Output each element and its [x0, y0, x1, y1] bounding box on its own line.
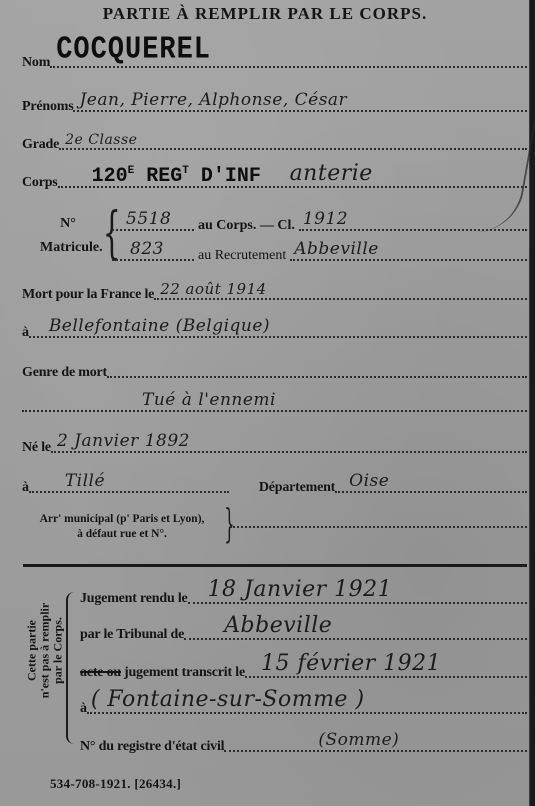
- arrondissement-label-2: à défaut rue et N°.: [22, 527, 222, 542]
- matricule-recrutement-line: 823: [112, 245, 194, 261]
- lieu-deces-value: Bellefontaine (Belgique): [49, 316, 270, 336]
- field-mort-pour-la-france: Mort pour la France le 22 août 1914: [22, 284, 527, 303]
- departement-value: Oise: [349, 471, 389, 491]
- naissance-line: 2 Janvier 1892: [51, 437, 527, 453]
- tribunal-label: par le Tribunal de: [80, 627, 184, 643]
- field-genre-de-mort-value: Tué à l'ennemi: [22, 396, 527, 415]
- jugement-rendu-label: Jugement rendu le: [80, 591, 188, 607]
- jugement-rendu-value: 18 Janvier 1921: [208, 577, 393, 602]
- prenoms-value: Jean, Pierre, Alphonse, César: [79, 90, 347, 110]
- nom-value: COCQUEREL: [56, 34, 211, 69]
- lieu-deces-label: à: [22, 325, 29, 341]
- field-transcription: acte ou jugement transcrit le 15 février…: [80, 662, 527, 681]
- side-note-line3: par le Corps.: [52, 586, 65, 716]
- transcrit-lieu-label: à: [80, 701, 87, 717]
- mort-value: 22 août 1914: [160, 280, 266, 298]
- field-matricule-recrutement: 823 au Recrutement Abbeville: [112, 245, 527, 264]
- nom-label: Nom: [22, 55, 50, 71]
- transcrit-struck-text: acte ou: [80, 665, 121, 681]
- mort-line: 22 août 1914: [154, 284, 527, 300]
- death-record-card: PARTIE À REMPLIR PAR LE CORPS. Nom COCQU…: [0, 0, 535, 806]
- corps-line: 120E REGT D'INF anterie: [58, 172, 527, 188]
- field-lieu-naissance: à Tillé Département Oise: [22, 477, 527, 496]
- grade-line: 2e Classe: [59, 134, 527, 150]
- lieu-naissance-value: Tillé: [65, 471, 105, 491]
- field-corps: Corps 120E REGT D'INF anterie: [22, 172, 527, 191]
- transcrit-label: jugement transcrit le: [124, 665, 245, 681]
- field-nom: Nom COCQUEREL: [22, 52, 527, 71]
- corps-handwritten: anterie: [290, 161, 373, 186]
- au-corps-label: au Corps. — Cl.: [198, 218, 295, 234]
- print-reference: 534-708-1921. [26434.]: [50, 776, 181, 792]
- field-grade: Grade 2e Classe: [22, 134, 527, 153]
- matricule-corps-value: 5518: [126, 209, 171, 229]
- transcrit-value: 15 février 1921: [261, 651, 441, 676]
- jugement-rendu-line: 18 Janvier 1921: [188, 588, 527, 604]
- naissance-label: Né le: [22, 440, 51, 456]
- field-arrondissement: [230, 512, 527, 531]
- tribunal-line: Abbeville: [184, 624, 527, 640]
- prenoms-label: Prénoms: [22, 99, 73, 115]
- lieu-naissance-label: à: [22, 480, 29, 496]
- corps-stamp: 120E REGT D'INF: [92, 165, 261, 188]
- section-separator: [23, 564, 527, 567]
- grade-value: 2e Classe: [65, 132, 137, 148]
- field-matricule-corps: 5518 au Corps. — Cl. 1912: [112, 215, 527, 234]
- au-recrutement-label: au Recrutement: [198, 248, 286, 264]
- arrondissement-label-block: Arr' municipal (p' Paris et Lyon), à déf…: [22, 512, 222, 542]
- registre-line: (Somme): [224, 736, 527, 752]
- matricule-recrutement-value: 823: [130, 239, 164, 259]
- transcrit-lieu-line: ( Fontaine-sur-Somme ): [87, 698, 527, 714]
- matricule-no-label: N°: [40, 212, 96, 236]
- naissance-value: 2 Janvier 1892: [57, 431, 190, 451]
- arrondissement-line: [230, 512, 527, 528]
- genre-value: Tué à l'ennemi: [142, 390, 276, 410]
- transcrit-line: 15 février 1921: [245, 662, 527, 678]
- recrutement-line: Abbeville: [290, 245, 527, 261]
- tribunal-value: Abbeville: [224, 613, 332, 638]
- grade-label: Grade: [22, 137, 59, 153]
- matricule-corps-line: 5518: [112, 215, 194, 231]
- genre-line: [107, 362, 527, 378]
- registre-label: N° du registre d'état civil: [80, 739, 224, 755]
- corps-label: Corps: [22, 175, 58, 191]
- transcrit-lieu-value: ( Fontaine-sur-Somme ): [91, 687, 365, 712]
- genre-label: Genre de mort: [22, 365, 107, 381]
- field-transcription-lieu: à ( Fontaine-sur-Somme ): [80, 698, 527, 717]
- jugement-brace: [66, 592, 76, 744]
- mort-label: Mort pour la France le: [22, 287, 154, 303]
- field-lieu-deces: à Bellefontaine (Belgique): [22, 322, 527, 341]
- lieu-naissance-line: Tillé: [29, 477, 229, 493]
- lieu-deces-line: Bellefontaine (Belgique): [29, 322, 527, 338]
- matricule-label-block: N° Matricule.: [40, 212, 96, 260]
- field-registre: N° du registre d'état civil (Somme): [80, 736, 527, 755]
- classe-line: 1912: [299, 215, 527, 231]
- nom-line: COCQUEREL: [50, 52, 527, 68]
- prenoms-line: Jean, Pierre, Alphonse, César: [73, 96, 527, 112]
- field-jugement-rendu: Jugement rendu le 18 Janvier 1921: [80, 588, 527, 607]
- field-prenoms: Prénoms Jean, Pierre, Alphonse, César: [22, 96, 527, 115]
- arrondissement-label-1: Arr' municipal (p' Paris et Lyon),: [22, 512, 222, 527]
- registre-value: (Somme): [318, 730, 399, 750]
- classe-value: 1912: [303, 209, 348, 229]
- field-tribunal: par le Tribunal de Abbeville: [80, 624, 527, 643]
- section-header: PARTIE À REMPLIR PAR LE CORPS.: [0, 4, 530, 24]
- genre-value-line: Tué à l'ennemi: [22, 396, 527, 412]
- departement-line: Oise: [335, 477, 527, 493]
- field-naissance: Né le 2 Janvier 1892: [22, 437, 527, 456]
- departement-label: Département: [259, 480, 335, 496]
- field-genre-de-mort: Genre de mort: [22, 362, 527, 381]
- matricule-label: Matricule.: [40, 236, 96, 260]
- recrutement-value: Abbeville: [294, 239, 379, 259]
